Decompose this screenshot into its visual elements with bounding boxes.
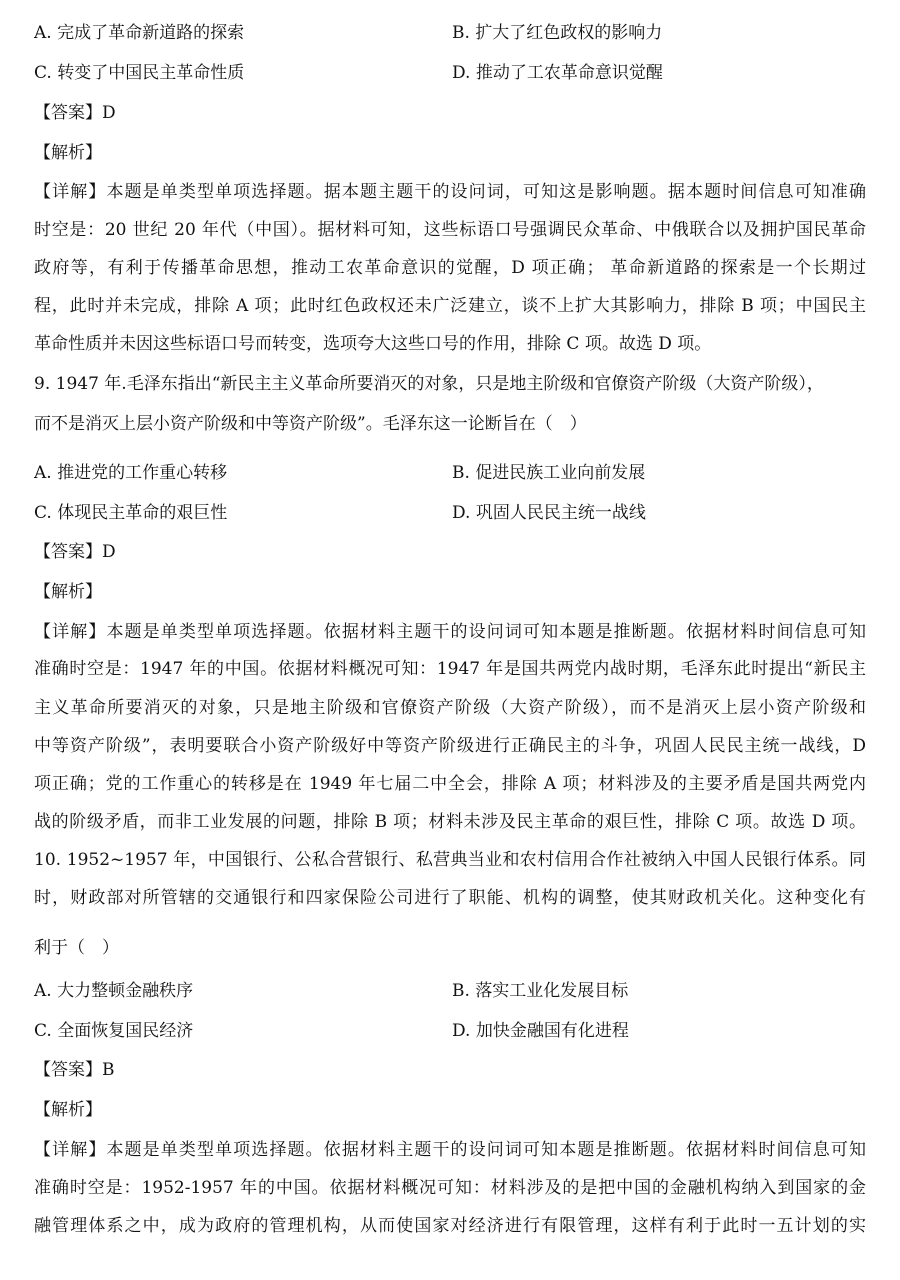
answer-value: D	[102, 542, 116, 562]
q10-stem-line: 利于（ ）	[34, 937, 119, 959]
q8-options-row-2: C. 转变了中国民主革命性质 D. 推动了工农革命意识觉醒	[34, 62, 874, 84]
option-text: 全面恢复国民经济	[57, 1021, 193, 1041]
option-letter: D.	[452, 503, 470, 523]
q8-option-b: B. 扩大了红色政权的影响力	[452, 22, 662, 44]
option-letter: A.	[34, 463, 52, 483]
option-letter: B.	[452, 981, 470, 1001]
q9-detail-line: 项正确；党的工作重心的转移是在 1949 年七届二中全会，排除 A 项；材料涉及…	[34, 773, 866, 795]
option-text: 加快金融国有化进程	[476, 1021, 629, 1041]
q9-stem-line: 而不是消灭上层小资产阶级和中等资产阶级”。毛泽东这一论断旨在（ ）	[34, 413, 587, 435]
q10-options-row-1: A. 大力整顿金融秩序 B. 落实工业化发展目标	[34, 980, 874, 1002]
q10-detail-line: 融管理体系之中，成为政府的管理机构，从而使国家对经济进行有限管理，这样有利于此时…	[34, 1215, 866, 1237]
q9-detail-line: 主义革命所要消灭的对象，只是地主阶级和官僚资产阶级（大资产阶级），而不是消灭上层…	[34, 697, 866, 719]
q9-detail-line: 准确时空是：1947 年的中国。依据材料概况可知：1947 年是国共两党内战时期…	[34, 658, 866, 680]
q9-option-d: D. 巩固人民民主统一战线	[452, 502, 646, 524]
answer-label: 【答案】	[34, 103, 102, 123]
q10-stem-line: 时，财政部对所管辖的交通银行和四家保险公司进行了职能、机构的调整，使其财政机关化…	[34, 887, 866, 909]
q10-answer: 【答案】B	[34, 1059, 115, 1081]
answer-label: 【答案】	[34, 542, 102, 562]
q10-detail-line: 准确时空是：1952-1957 年的中国。依据材料概况可知：材料涉及的是把中国的…	[34, 1177, 866, 1199]
q9-answer: 【答案】D	[34, 541, 116, 563]
q8-options-row-1: A. 完成了革命新道路的探索 B. 扩大了红色政权的影响力	[34, 22, 874, 44]
option-text: 落实工业化发展目标	[475, 981, 628, 1001]
q8-detail-line: 程，此时并未完成，排除 A 项；此时红色政权还未广泛建立，谈不上扩大其影响力，排…	[34, 295, 866, 317]
option-letter: C.	[34, 503, 52, 523]
q9-detail-line: 中等资产阶级”，表明要联合小资产阶级好中等资产阶级进行正确民主的斗争，巩固人民民…	[34, 735, 866, 757]
q8-option-a: A. 完成了革命新道路的探索	[34, 22, 244, 44]
q9-detail-line: 【详解】本题是单类型单项选择题。依据材料主题干的设问词可知本题是推断题。依据材料…	[34, 621, 866, 643]
q9-option-a: A. 推进党的工作重心转移	[34, 462, 227, 484]
option-letter: D.	[452, 1021, 470, 1041]
answer-value: B	[102, 1060, 115, 1080]
q10-option-a: A. 大力整顿金融秩序	[34, 980, 193, 1002]
option-text: 推进党的工作重心转移	[57, 463, 227, 483]
q9-options-row-1: A. 推进党的工作重心转移 B. 促进民族工业向前发展	[34, 462, 874, 484]
q8-answer: 【答案】D	[34, 102, 116, 124]
option-letter: A.	[34, 23, 52, 43]
q8-option-d: D. 推动了工农革命意识觉醒	[452, 62, 663, 84]
q9-detail-line: 战的阶级矛盾，而非工业发展的问题，排除 B 项；材料未涉及民主革命的艰巨性，排除…	[34, 811, 866, 833]
answer-label: 【答案】	[34, 1060, 102, 1080]
answer-value: D	[102, 103, 116, 123]
option-text: 扩大了红色政权的影响力	[475, 23, 662, 43]
q10-option-d: D. 加快金融国有化进程	[452, 1020, 629, 1042]
option-text: 大力整顿金融秩序	[57, 981, 193, 1001]
q10-options-row-2: C. 全面恢复国民经济 D. 加快金融国有化进程	[34, 1020, 874, 1042]
q10-option-c: C. 全面恢复国民经济	[34, 1020, 193, 1042]
q10-stem-line: 10. 1952~1957 年，中国银行、公私合营银行、私营典当业和农村信用合作…	[34, 849, 866, 871]
q8-detail-line: 【详解】本题是单类型单项选择题。据本题主题干的设问词，可知这是影响题。据本题时间…	[34, 181, 866, 203]
option-text: 促进民族工业向前发展	[475, 463, 645, 483]
q9-option-b: B. 促进民族工业向前发展	[452, 462, 645, 484]
option-text: 转变了中国民主革命性质	[57, 63, 244, 83]
q9-option-c: C. 体现民主革命的艰巨性	[34, 502, 227, 524]
option-text: 巩固人民民主统一战线	[476, 503, 646, 523]
q10-detail-line: 【详解】本题是单类型单项选择题。依据材料主题干的设问词可知本题是推断题。依据材料…	[34, 1139, 866, 1161]
q8-detail-line: 政府等，有利于传播革命思想，推动工农革命意识的觉醒，D 项正确； 革命新道路的探…	[34, 257, 866, 279]
q8-detail-line: 时空是：20 世纪 20 年代（中国）。据材料可知，这些标语口号强调民众革命、中…	[34, 219, 866, 241]
q9-analysis-label: 【解析】	[34, 581, 102, 603]
q8-analysis-label: 【解析】	[34, 142, 102, 164]
option-letter: C.	[34, 1021, 52, 1041]
option-letter: B.	[452, 23, 470, 43]
option-letter: C.	[34, 63, 52, 83]
q8-option-c: C. 转变了中国民主革命性质	[34, 62, 244, 84]
option-letter: B.	[452, 463, 470, 483]
option-text: 完成了革命新道路的探索	[57, 23, 244, 43]
option-text: 体现民主革命的艰巨性	[57, 503, 227, 523]
option-text: 推动了工农革命意识觉醒	[476, 63, 663, 83]
q9-options-row-2: C. 体现民主革命的艰巨性 D. 巩固人民民主统一战线	[34, 502, 874, 524]
q8-detail-line: 革命性质并未因这些标语口号而转变，选项夸大这些口号的作用，排除 C 项。故选 D…	[34, 333, 711, 355]
option-letter: A.	[34, 981, 52, 1001]
q10-option-b: B. 落实工业化发展目标	[452, 980, 628, 1002]
q10-analysis-label: 【解析】	[34, 1099, 102, 1121]
option-letter: D.	[452, 63, 470, 83]
q9-stem-line: 9. 1947 年.毛泽东指出“新民主主义革命所要消灭的对象，只是地主阶级和官僚…	[34, 373, 824, 395]
